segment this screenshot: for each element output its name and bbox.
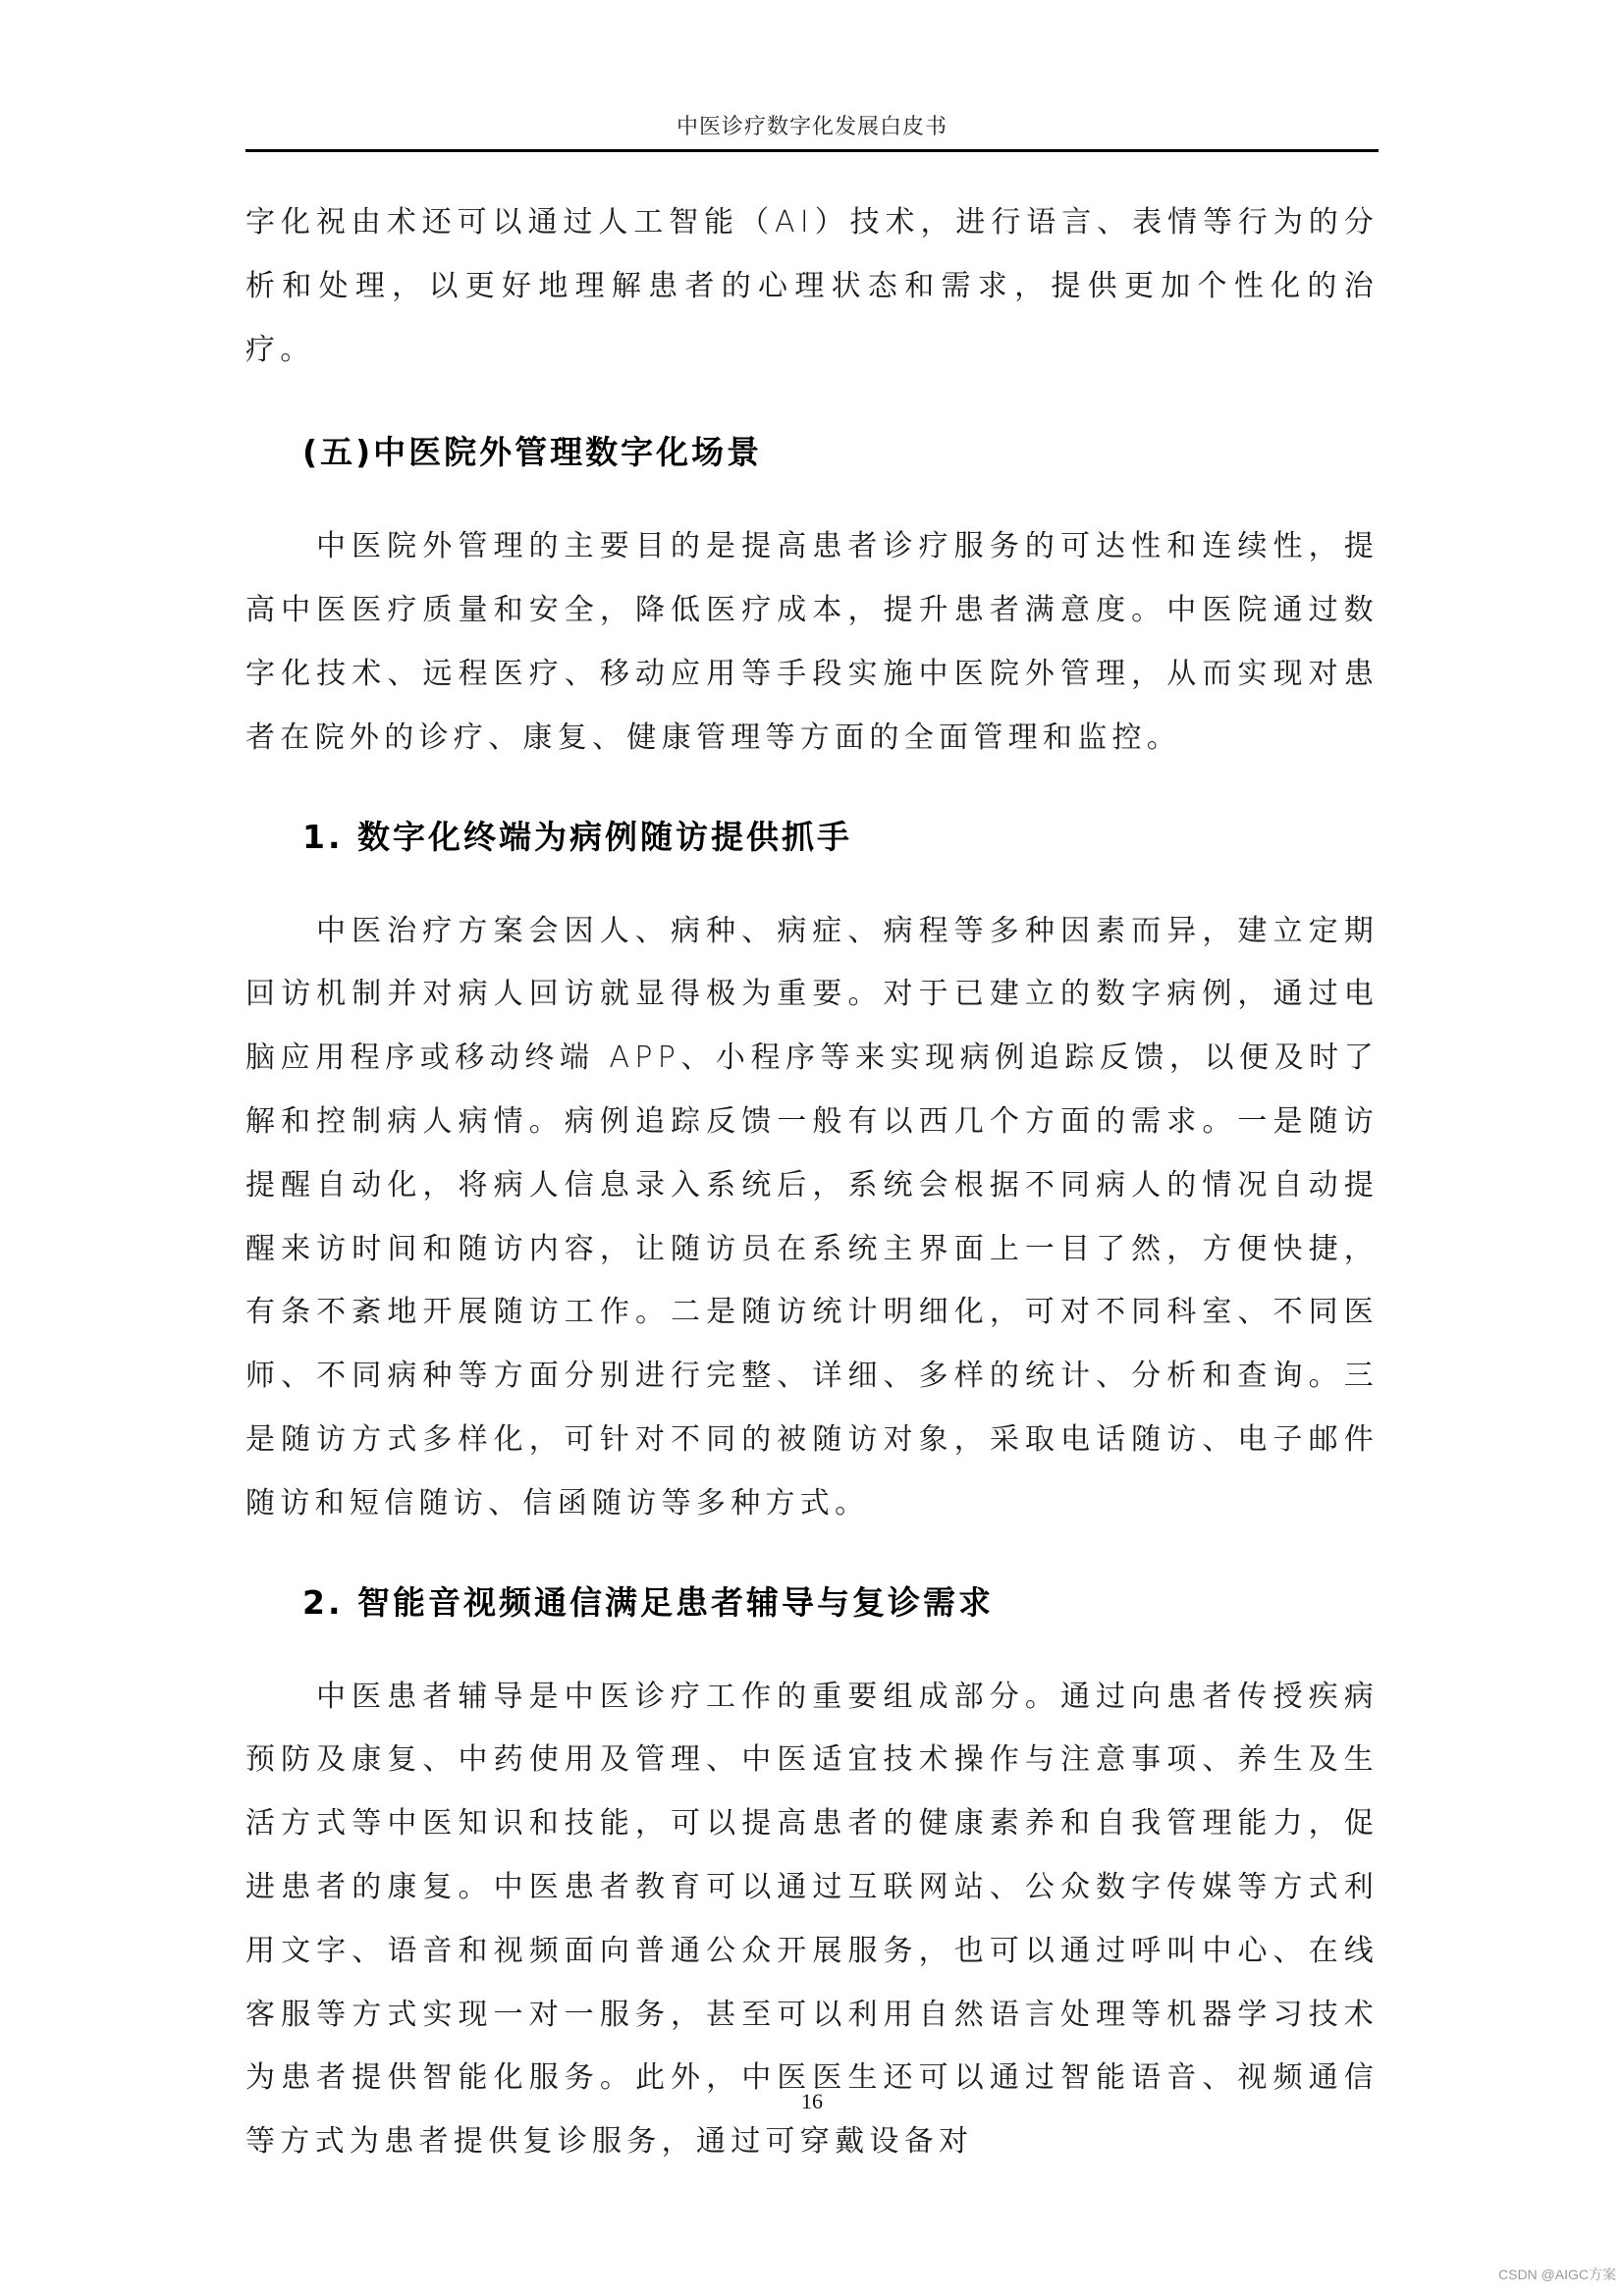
watermark: CSDN @AIGC方案 <box>1498 2265 1616 2284</box>
continued-paragraph: 字化祝由术还可以通过人工智能（AI）技术，进行语言、表情等行为的分析和处理，以更… <box>245 191 1379 382</box>
section-heading: (五)中医院外管理数字化场景 <box>245 423 1379 482</box>
running-header: 中医诊疗数字化发展白皮书 <box>245 110 1379 140</box>
page-body: 字化祝由术还可以通过人工智能（AI）技术，进行语言、表情等行为的分析和处理，以更… <box>245 191 1379 2174</box>
subsection-heading-2: 2. 智能音视频通信满足患者辅导与复诊需求 <box>245 1574 1379 1632</box>
page-number: 16 <box>245 2089 1379 2114</box>
subsection-paragraph-1: 中医治疗方案会因人、病种、病症、病程等多种因素而异，建立定期回访机制并对病人回访… <box>245 900 1379 1536</box>
section-intro-paragraph: 中医院外管理的主要目的是提高患者诊疗服务的可达性和连续性，提高中医医疗质量和安全… <box>245 515 1379 770</box>
header-rule <box>245 149 1379 152</box>
subsection-heading-1: 1. 数字化终端为病例随访提供抓手 <box>245 808 1379 867</box>
